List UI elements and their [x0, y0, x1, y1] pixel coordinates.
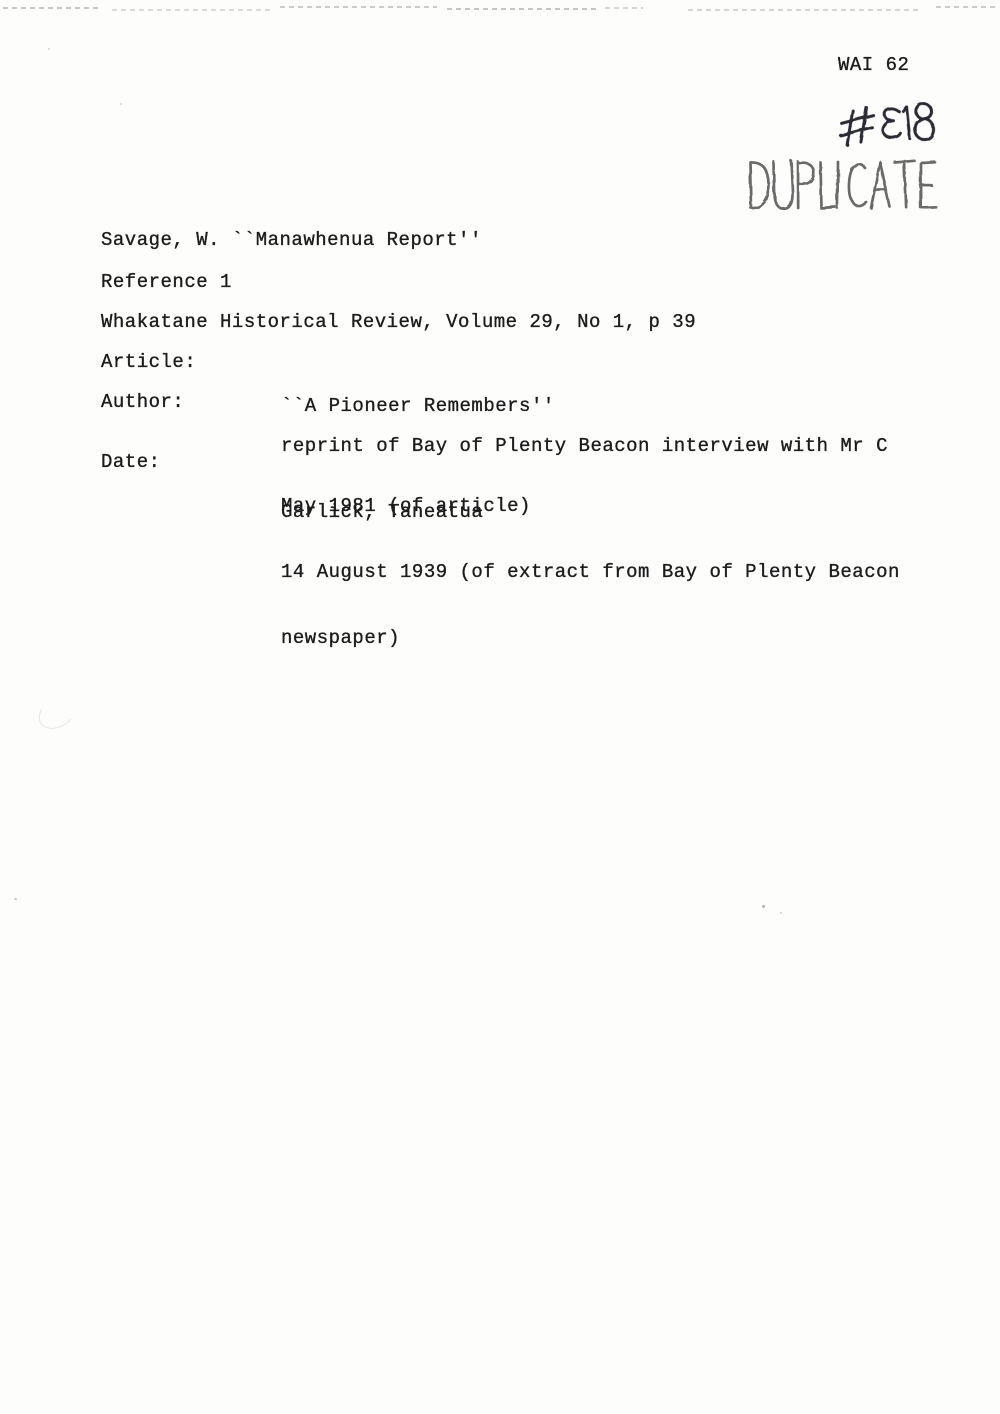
field-label-article: Article: — [101, 351, 196, 373]
hash-E18-strokes — [839, 103, 935, 145]
scan-speck — [14, 898, 17, 900]
edge-dash-segment — [3, 7, 101, 9]
scan-smudge — [35, 696, 77, 732]
duplicate-stamp — [746, 153, 954, 219]
edge-dash-segment — [447, 8, 597, 10]
field-value-line: May 1981 (of article) — [281, 495, 900, 517]
scan-speck — [120, 103, 122, 105]
citation-title: Savage, W. ``Manawhenua Report'' — [101, 229, 482, 251]
claim-reference: WAI 62 — [838, 54, 909, 76]
field-value-line: newspaper) — [281, 627, 900, 649]
citation-reference: Reference 1 — [101, 271, 232, 293]
edge-dash-segment — [605, 7, 643, 9]
edge-dash-segment — [112, 9, 270, 11]
scan-speck — [780, 912, 782, 914]
field-label-author: Author: — [101, 391, 184, 413]
handwritten-exhibit-number — [838, 100, 942, 156]
citation-source: Whakatane Historical Review, Volume 29, … — [101, 311, 696, 333]
field-value-line: 14 August 1939 (of extract from Bay of P… — [281, 561, 900, 583]
edge-dash-segment — [280, 6, 437, 8]
scan-speck — [762, 905, 765, 908]
scanned-document-page: WAI 62 — [0, 0, 1000, 1414]
edge-dash-segment — [688, 9, 922, 11]
scan-speck — [48, 48, 50, 50]
edge-dash-segment — [936, 6, 998, 8]
field-value-date: May 1981 (of article) 14 August 1939 (of… — [281, 451, 900, 693]
duplicate-letter-strokes — [750, 160, 937, 209]
field-label-date: Date: — [101, 451, 161, 473]
